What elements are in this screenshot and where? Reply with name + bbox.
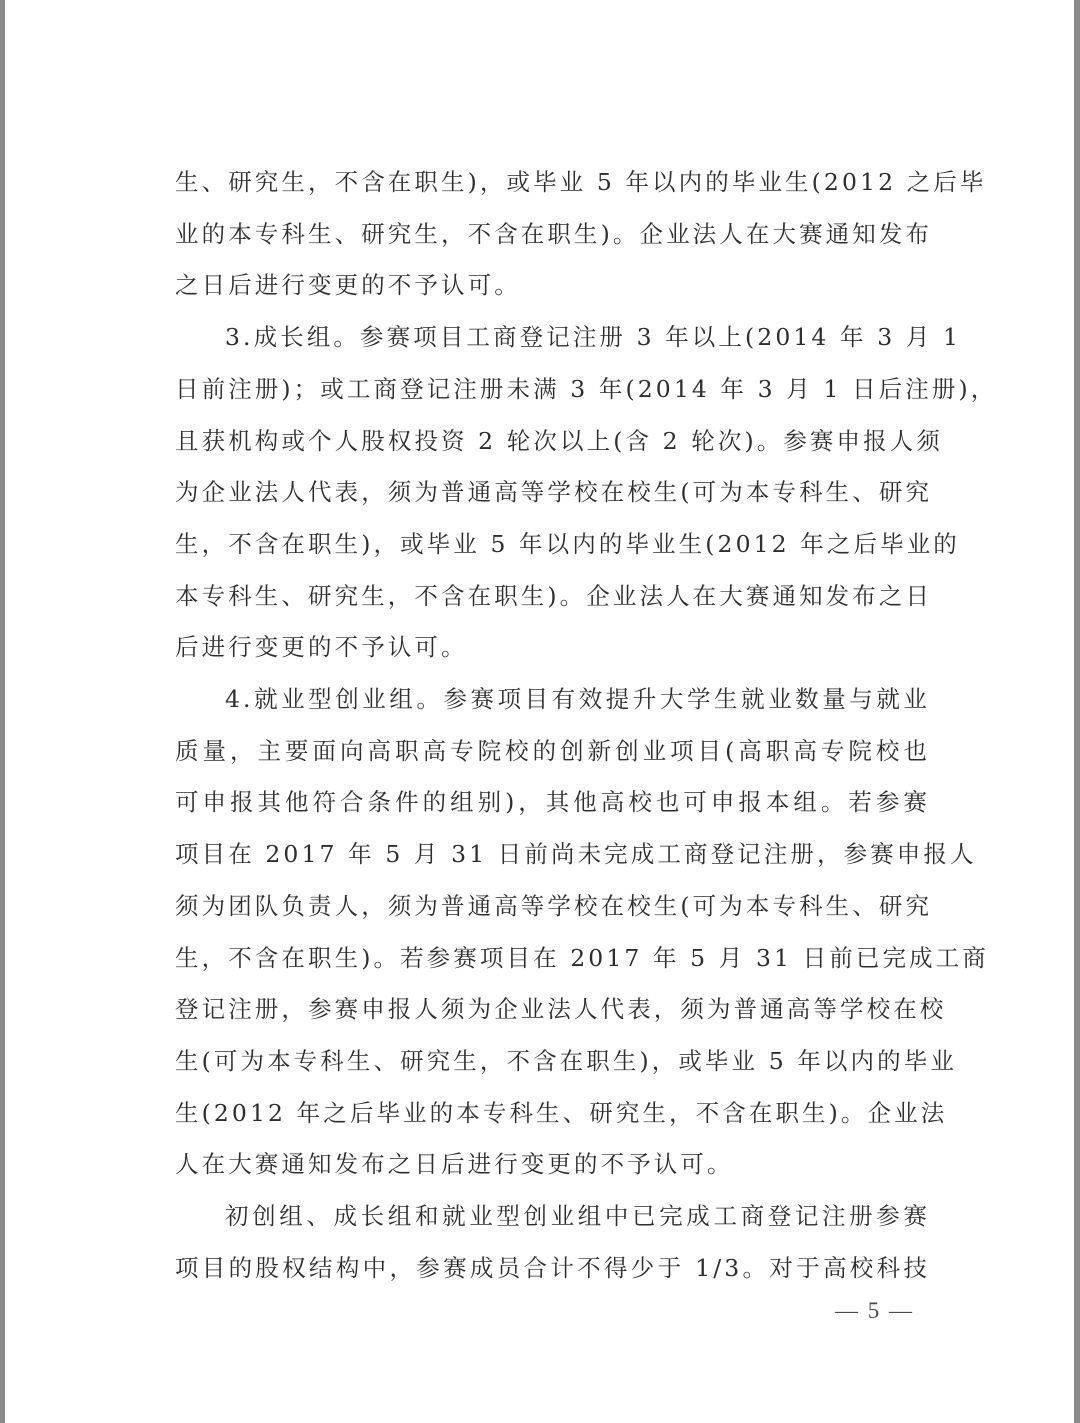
page-number: — 5 — [835,1298,914,1324]
text-line: 后进行变更的不予认可。 [175,622,930,674]
text-line: 生、研究生，不含在职生)，或毕业 5 年以内的毕业生(2012 之后毕 [175,157,930,209]
text-line: 4.就业型创业组。参赛项目有效提升大学生就业数量与就业 [175,674,930,726]
paragraph-employment-group: 4.就业型创业组。参赛项目有效提升大学生就业数量与就业 质量，主要面向高职高专院… [175,674,930,1191]
text-line: 项目的股权结构中，参赛成员合计不得少于 1/3。对于高校科技 [175,1243,930,1295]
text-line: 须为团队负责人，须为普通高等学校在校生(可为本专科生、研究 [175,881,930,933]
document-body: 生、研究生，不含在职生)，或毕业 5 年以内的毕业生(2012 之后毕 业的本专… [175,157,930,1294]
text-line: 质量，主要面向高职高专院校的创新创业项目(高职高专院校也 [175,726,930,778]
text-line: 本专科生、研究生，不含在职生)。企业法人在大赛通知发布之日 [175,571,930,623]
text-line: 人在大赛通知发布之日后进行变更的不予认可。 [175,1139,930,1191]
text-line: 生(可为本专科生、研究生，不含在职生)，或毕业 5 年以内的毕业 [175,1036,930,1088]
text-line: 初创组、成长组和就业型创业组中已完成工商登记注册参赛 [175,1191,930,1243]
paragraph-continuation: 生、研究生，不含在职生)，或毕业 5 年以内的毕业生(2012 之后毕 业的本专… [175,157,930,312]
text-line: 生，不含在职生)。若参赛项目在 2017 年 5 月 31 日前已完成工商 [175,933,930,985]
text-line: 生，不含在职生)，或毕业 5 年以内的毕业生(2012 年之后毕业的 [175,519,930,571]
text-line: 日前注册)；或工商登记注册未满 3 年(2014 年 3 月 1 日后注册)， [175,364,930,416]
text-line: 3.成长组。参赛项目工商登记注册 3 年以上(2014 年 3 月 1 [175,312,930,364]
text-line: 项目在 2017 年 5 月 31 日前尚未完成工商登记注册，参赛申报人 [175,829,930,881]
text-line: 可申报其他符合条件的组别)，其他高校也可申报本组。若参赛 [175,777,930,829]
text-line: 为企业法人代表，须为普通高等学校在校生(可为本专科生、研究 [175,467,930,519]
paragraph-growth-group: 3.成长组。参赛项目工商登记注册 3 年以上(2014 年 3 月 1 日前注册… [175,312,930,674]
text-line: 且获机构或个人股权投资 2 轮次以上(含 2 轮次)。参赛申报人须 [175,416,930,468]
paragraph-equity-structure: 初创组、成长组和就业型创业组中已完成工商登记注册参赛 项目的股权结构中，参赛成员… [175,1191,930,1294]
document-page: 生、研究生，不含在职生)，或毕业 5 年以内的毕业生(2012 之后毕 业的本专… [5,0,1074,1423]
text-line: 业的本专科生、研究生，不含在职生)。企业法人在大赛通知发布 [175,209,930,261]
text-line: 生(2012 年之后毕业的本专科生、研究生，不含在职生)。企业法 [175,1088,930,1140]
text-line: 之日后进行变更的不予认可。 [175,260,930,312]
text-line: 登记注册，参赛申报人须为企业法人代表，须为普通高等学校在校 [175,984,930,1036]
